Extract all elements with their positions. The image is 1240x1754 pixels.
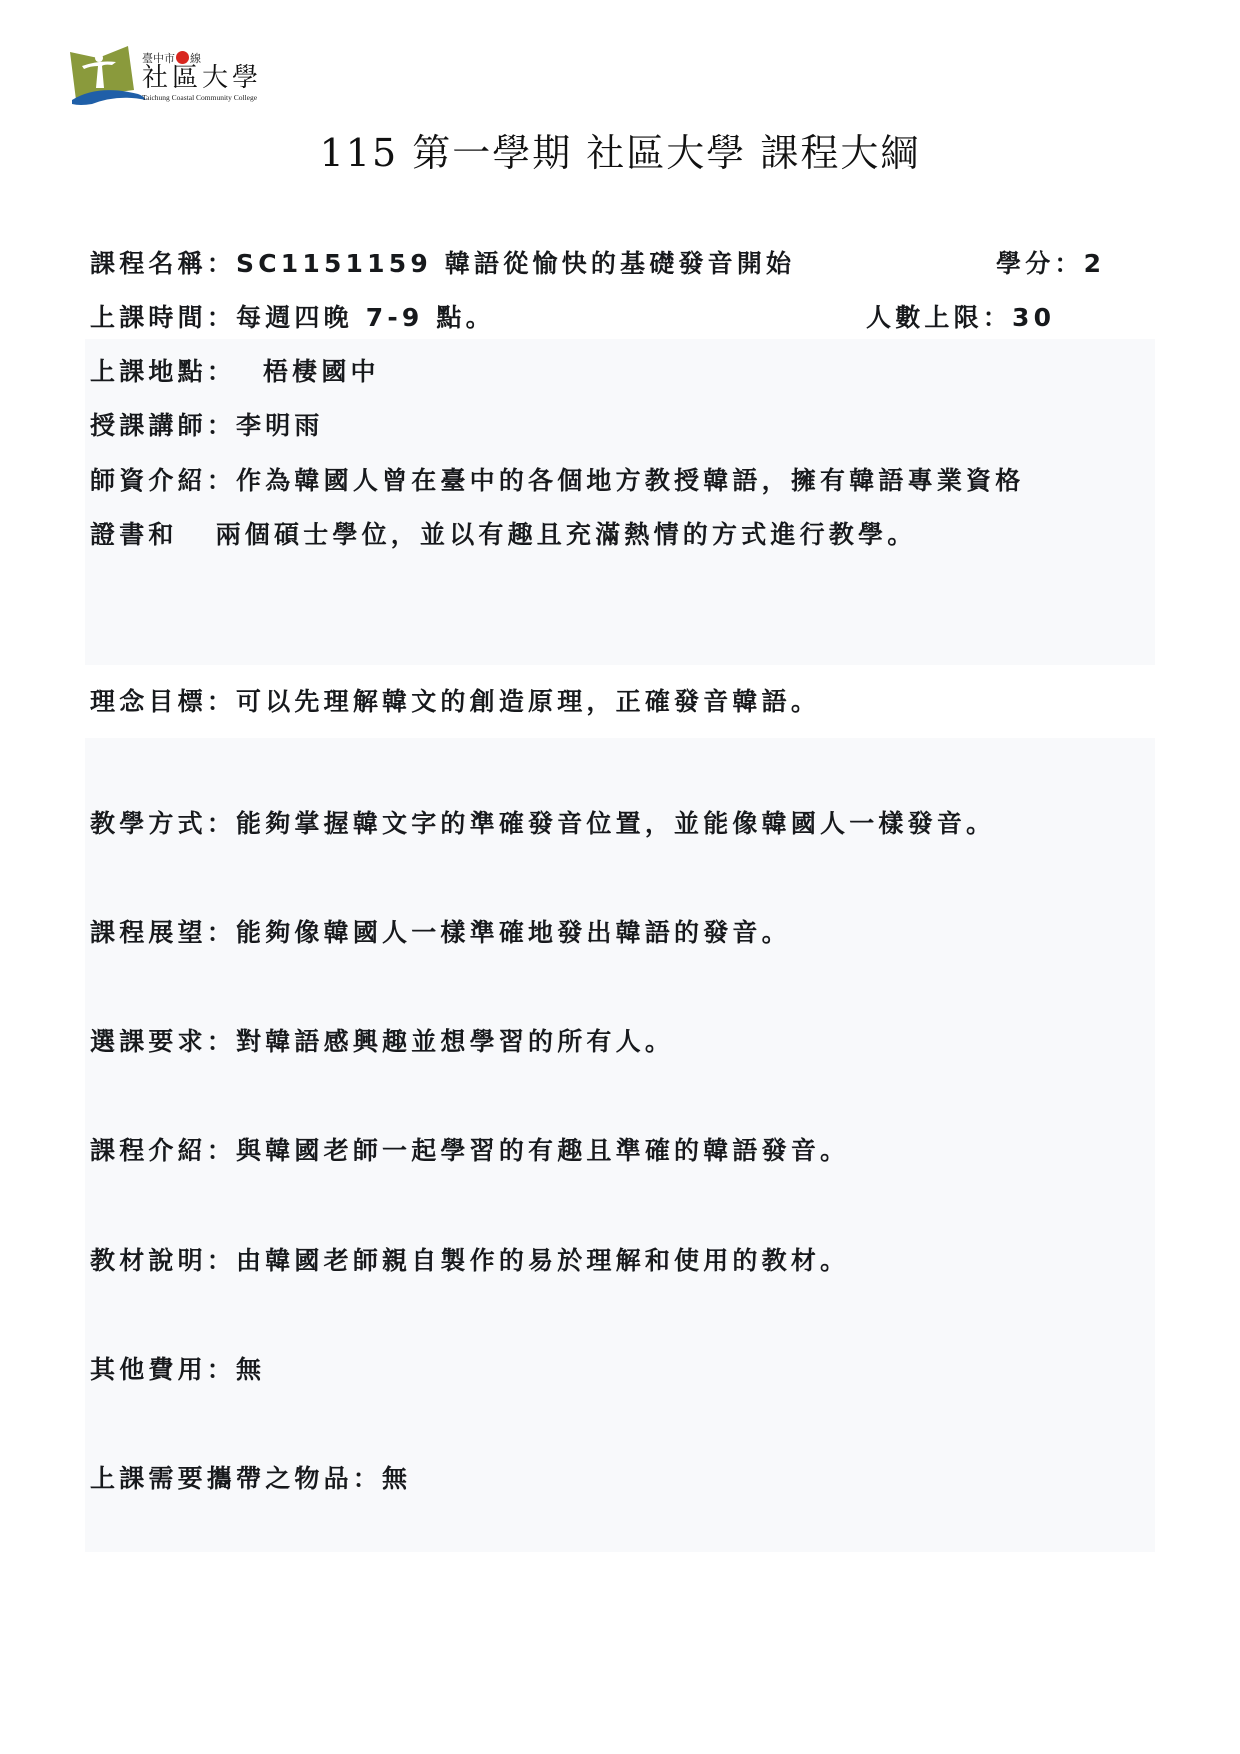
instructor-bio-line2-label: 證書和	[90, 520, 178, 549]
requirements-row: 選課要求：對韓語感興趣並想學習的所有人。	[90, 1026, 674, 1058]
materials-value: 由韓國老師親自製作的易於理解和使用的教材。	[236, 1246, 849, 1275]
items-to-bring-row: 上課需要攜帶之物品：無	[90, 1463, 411, 1495]
class-time-label: 上課時間：	[90, 303, 236, 332]
goals-row: 理念目標：可以先理解韓文的創造原理，正確發音韓語。	[90, 686, 820, 718]
introduction-label: 課程介紹：	[90, 1136, 236, 1165]
capacity-label: 人數上限：	[866, 303, 1012, 332]
instructor-bio-line2: 兩個碩士學位，並以有趣且充滿熱情的方式進行教學。	[216, 520, 917, 549]
location-label: 上課地點：	[90, 357, 236, 386]
school-logo: 臺中市線 社區大學 Taichung Coastal Community Col…	[68, 44, 268, 108]
teaching-method-label: 教學方式：	[90, 809, 236, 838]
location-value: 梧棲國中	[250, 357, 380, 386]
logo-main-text: 社區大學	[142, 64, 262, 92]
credits-field: 學分：2	[996, 248, 1105, 280]
credits-value: 2	[1084, 249, 1106, 278]
course-name-label: 課程名稱：	[90, 249, 236, 278]
course-name-value: SC1151159 韓語從愉快的基礎發音開始	[236, 249, 795, 278]
book-person-logo-icon	[68, 44, 148, 108]
instructor-bio-label: 師資介紹：	[90, 466, 236, 495]
class-time-row: 上課時間：每週四晚 7-9 點。	[90, 302, 495, 334]
location-row: 上課地點： 梧棲國中	[90, 356, 380, 388]
outlook-value: 能夠像韓國人一樣準確地發出韓語的發音。	[236, 918, 791, 947]
goals-value: 可以先理解韓文的創造原理，正確發音韓語。	[236, 687, 820, 716]
instructor-row: 授課講師：李明雨	[90, 410, 324, 442]
logo-english-text: Taichung Coastal Community College	[142, 93, 257, 102]
teaching-method-value: 能夠掌握韓文字的準確發音位置，並能像韓國人一樣發音。	[236, 809, 995, 838]
materials-label: 教材說明：	[90, 1246, 236, 1275]
outlook-label: 課程展望：	[90, 918, 236, 947]
capacity-value: 30	[1012, 303, 1055, 332]
instructor-bio-row-2: 證書和兩個碩士學位，並以有趣且充滿熱情的方式進行教學。	[90, 519, 916, 551]
materials-row: 教材說明：由韓國老師親自製作的易於理解和使用的教材。	[90, 1245, 849, 1277]
requirements-value: 對韓語感興趣並想學習的所有人。	[236, 1027, 674, 1056]
instructor-bio-row: 師資介紹：作為韓國人曾在臺中的各個地方教授韓語，擁有韓語專業資格	[90, 465, 1024, 497]
other-fees-row: 其他費用：無	[90, 1354, 265, 1386]
introduction-row: 課程介紹：與韓國老師一起學習的有趣且準確的韓語發音。	[90, 1135, 849, 1167]
goals-label: 理念目標：	[90, 687, 236, 716]
instructor-label: 授課講師：	[90, 411, 236, 440]
outlook-row: 課程展望：能夠像韓國人一樣準確地發出韓語的發音。	[90, 917, 791, 949]
items-to-bring-value: 無	[382, 1464, 411, 1493]
teaching-method-row: 教學方式：能夠掌握韓文字的準確發音位置，並能像韓國人一樣發音。	[90, 808, 995, 840]
credits-label: 學分：	[996, 249, 1084, 278]
class-time-value: 每週四晚 7-9 點。	[236, 303, 495, 332]
instructor-bio-line1: 作為韓國人曾在臺中的各個地方教授韓語，擁有韓語專業資格	[236, 466, 1024, 495]
instructor-value: 李明雨	[236, 411, 324, 440]
capacity-field: 人數上限：30	[866, 302, 1055, 334]
other-fees-value: 無	[236, 1355, 265, 1384]
course-name-row: 課程名稱：SC1151159 韓語從愉快的基礎發音開始	[90, 248, 795, 280]
other-fees-label: 其他費用：	[90, 1355, 236, 1384]
requirements-label: 選課要求：	[90, 1027, 236, 1056]
document-title: 115 第一學期 社區大學 課程大綱	[0, 122, 1240, 177]
introduction-value: 與韓國老師一起學習的有趣且準確的韓語發音。	[236, 1136, 849, 1165]
items-to-bring-label: 上課需要攜帶之物品：	[90, 1464, 382, 1493]
